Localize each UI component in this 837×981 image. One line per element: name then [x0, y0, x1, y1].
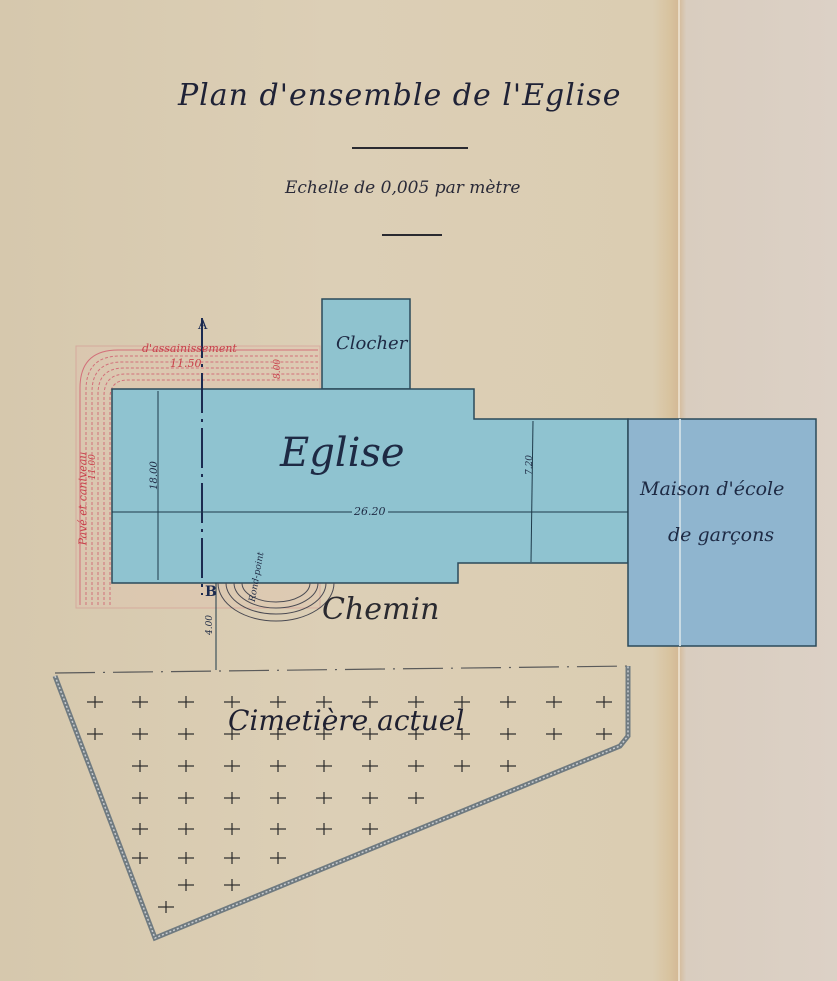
dim-enclosure-note: d'assainissement	[142, 342, 237, 355]
cimetiere-label: Cimetière actuel	[228, 704, 464, 737]
maison-label-1: Maison d'école	[640, 478, 784, 500]
maison-label-2: de garçons	[668, 524, 774, 546]
dim-width-east: 7.20	[525, 455, 535, 475]
dim-offset: 4.00	[205, 615, 215, 635]
dim-enclosure-width: 11.00	[88, 454, 98, 480]
chemin-label: Chemin	[322, 592, 439, 627]
dim-width-west: 18.00	[149, 461, 160, 490]
dim-enclosure-length: 11.50	[170, 357, 202, 370]
dim-length: 26.20	[352, 505, 388, 518]
eglise-label: Eglise	[280, 430, 405, 476]
dim-enclosure-side: 8.00	[273, 359, 283, 379]
eglise-block	[112, 389, 628, 583]
section-marker-b: B	[205, 584, 217, 600]
clocher-label: Clocher	[336, 333, 407, 354]
section-marker-a: A	[198, 318, 207, 333]
